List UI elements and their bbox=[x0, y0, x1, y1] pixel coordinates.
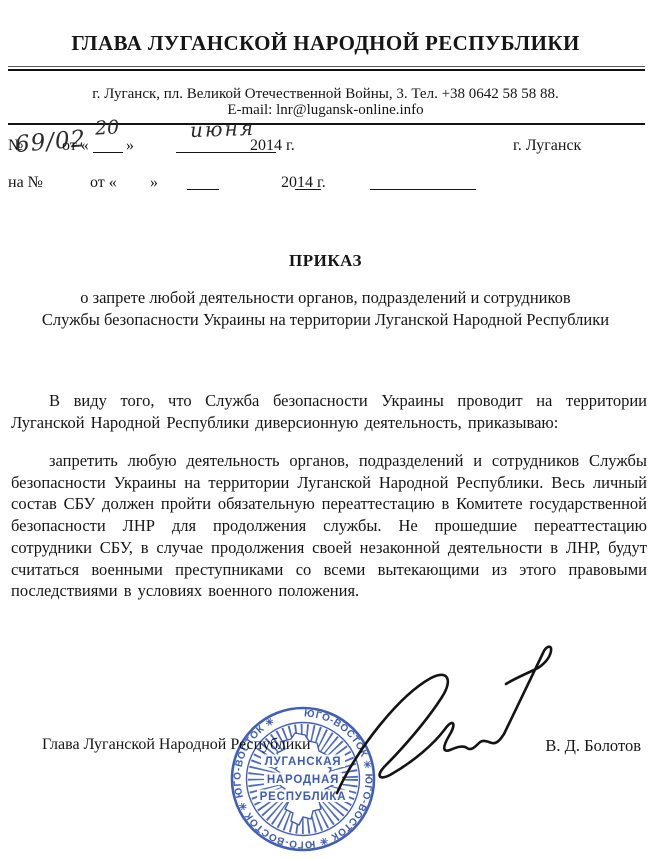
reply-ref-prefix: на № bbox=[8, 174, 43, 192]
scanned-decree-document: ГЛАВА ЛУГАНСКОЙ НАРОДНОЙ РЕСПУБЛИКИ г. Л… bbox=[0, 0, 651, 859]
reply-ot: от « bbox=[90, 174, 117, 192]
stamp-center-line2: НАРОДНАЯ bbox=[267, 774, 339, 786]
ref-day-blank: 20 bbox=[93, 137, 123, 153]
reply-close-quote: » bbox=[150, 174, 158, 192]
order-subtitle-line1: о запрете любой деятельности органов, по… bbox=[0, 287, 651, 309]
letterhead-rule-top bbox=[8, 66, 645, 71]
body-paragraph-2: запретить любую деятельность органов, по… bbox=[11, 450, 647, 602]
ref-date-close-quote: » bbox=[126, 137, 134, 155]
order-subtitle-line2: Службы безопасности Украины на территори… bbox=[0, 309, 651, 331]
letterhead-address: г. Луганск, пл. Великой Отечественной Во… bbox=[0, 86, 651, 103]
reply-number-blank bbox=[187, 174, 219, 190]
ref-date-ot: от « bbox=[62, 137, 89, 155]
order-subtitle: о запрете любой деятельности органов, по… bbox=[0, 287, 651, 330]
body-paragraph-1: В виду того, что Служба безопасности Укр… bbox=[11, 390, 647, 433]
signature-stroke bbox=[337, 647, 551, 793]
handwritten-month: июня bbox=[190, 116, 256, 142]
reference-block: № 69/02 от « 20 » июня 2014 г. г. Луганс… bbox=[0, 131, 651, 201]
reply-month-blank bbox=[370, 174, 476, 190]
ref-city: г. Луганск bbox=[513, 137, 581, 155]
ref-year: 2014 г. bbox=[250, 137, 295, 155]
letterhead-title: ГЛАВА ЛУГАНСКОЙ НАРОДНОЙ РЕСПУБЛИКИ bbox=[0, 31, 651, 56]
reply-year: 2014 г. bbox=[281, 174, 326, 192]
order-heading: ПРИКАЗ bbox=[0, 251, 651, 271]
handwritten-day: 20 bbox=[94, 116, 119, 139]
handwritten-signature bbox=[330, 628, 560, 800]
